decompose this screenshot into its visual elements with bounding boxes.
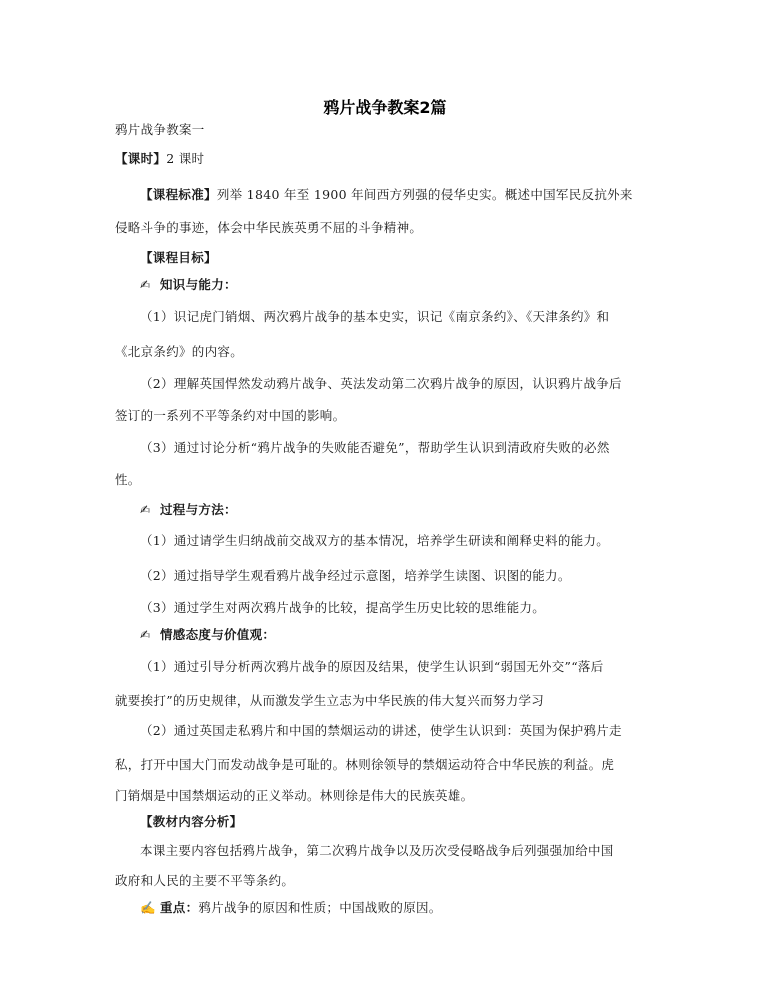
emotion-item-1-line-2: 就要挨打”的历史规律，从而激发学生立志为中华民族的伟大复兴而努力学习 — [115, 693, 660, 709]
standard-label: 【课程标准】 — [140, 187, 217, 202]
knowledge-item-1-line-2: 《北京条约》的内容。 — [115, 344, 660, 360]
knowledge-item-3-line-2: 性。 — [115, 472, 660, 488]
emotion-item-2-line-3: 门销烟是中国禁烟运动的正义举动。林则徐是伟大的民族英雄。 — [115, 788, 660, 804]
objectives-label: 【课程目标】 — [140, 250, 685, 266]
knowledge-item-3-line-1: （3）通过讨论分析“鸦片战争的失败能否避免”，帮助学生认识到清政府失败的必然 — [140, 440, 685, 456]
emotion-item-1-line-1: （1）通过引导分析两次鸦片战争的原因及结果，使学生认识到“弱国无外交”“落后 — [140, 659, 685, 675]
key-points-label: 重点： — [160, 900, 198, 915]
knowledge-item-2-line-2: 签订的一系列不平等条约对中国的影响。 — [115, 408, 660, 424]
knowledge-item-1-line-1: （1）识记虎门销烟、两次鸦片战争的基本史实，识记《南京条约》、《天津条约》和 — [140, 309, 685, 325]
process-heading: ✍过程与方法： — [140, 502, 685, 518]
class-hours-value: 2 课时 — [166, 151, 204, 166]
pen-icon: ✍ — [140, 900, 154, 916]
analysis-label: 【教材内容分析】 — [140, 814, 685, 830]
document-title: 鸦片战争教案2篇 — [0, 95, 770, 118]
key-points-text: 鸦片战争的原因和性质；中国战败的原因。 — [198, 900, 441, 915]
analysis-line-1: 本课主要内容包括鸦片战争，第二次鸦片战争以及历次受侵略战争后列强强加给中国 — [140, 843, 685, 859]
subtitle: 鸦片战争教案一 — [115, 122, 660, 138]
emotion-item-2-line-1: （2）通过英国走私鸦片和中国的禁烟运动的讲述，使学生认识到：英国为保护鸦片走 — [140, 723, 685, 739]
standard-line-2: 侵略斗争的事迹，体会中华民族英勇不屈的斗争精神。 — [115, 220, 660, 236]
emotion-heading: ✍情感态度与价值观： — [140, 627, 685, 643]
pen-icon: ✍ — [140, 502, 154, 518]
process-item-3: （3）通过学生对两次鸦片战争的比较，提高学生历史比较的思维能力。 — [140, 600, 685, 616]
pen-icon: ✍ — [140, 277, 154, 293]
analysis-line-2: 政府和人民的主要不平等条约。 — [115, 873, 660, 889]
class-hours-label: 【课时】 — [115, 151, 166, 166]
process-item-1: （1）通过请学生归纳战前交战双方的基本情况，培养学生研读和阐释史料的能力。 — [140, 533, 685, 549]
process-item-2: （2）通过指导学生观看鸦片战争经过示意图，培养学生读图、识图的能力。 — [140, 568, 685, 584]
key-points: ✍重点：鸦片战争的原因和性质；中国战败的原因。 — [140, 900, 685, 916]
knowledge-heading: ✍知识与能力： — [140, 277, 685, 293]
document-page: 鸦片战争教案2篇 鸦片战争教案一 【课时】2 课时 【课程标准】列举 1840 … — [0, 0, 770, 1000]
class-hours: 【课时】2 课时 — [115, 151, 660, 167]
pen-icon: ✍ — [140, 627, 154, 643]
knowledge-item-2-line-1: （2）理解英国悍然发动鸦片战争、英法发动第二次鸦片战争的原因，认识鸦片战争后 — [140, 376, 685, 392]
emotion-item-2-line-2: 私，打开中国大门而发动战争是可耻的。林则徐领导的禁烟运动符合中华民族的利益。虎 — [115, 757, 660, 773]
standard-line-1: 【课程标准】列举 1840 年至 1900 年间西方列强的侵华史实。概述中国军民… — [140, 187, 685, 203]
